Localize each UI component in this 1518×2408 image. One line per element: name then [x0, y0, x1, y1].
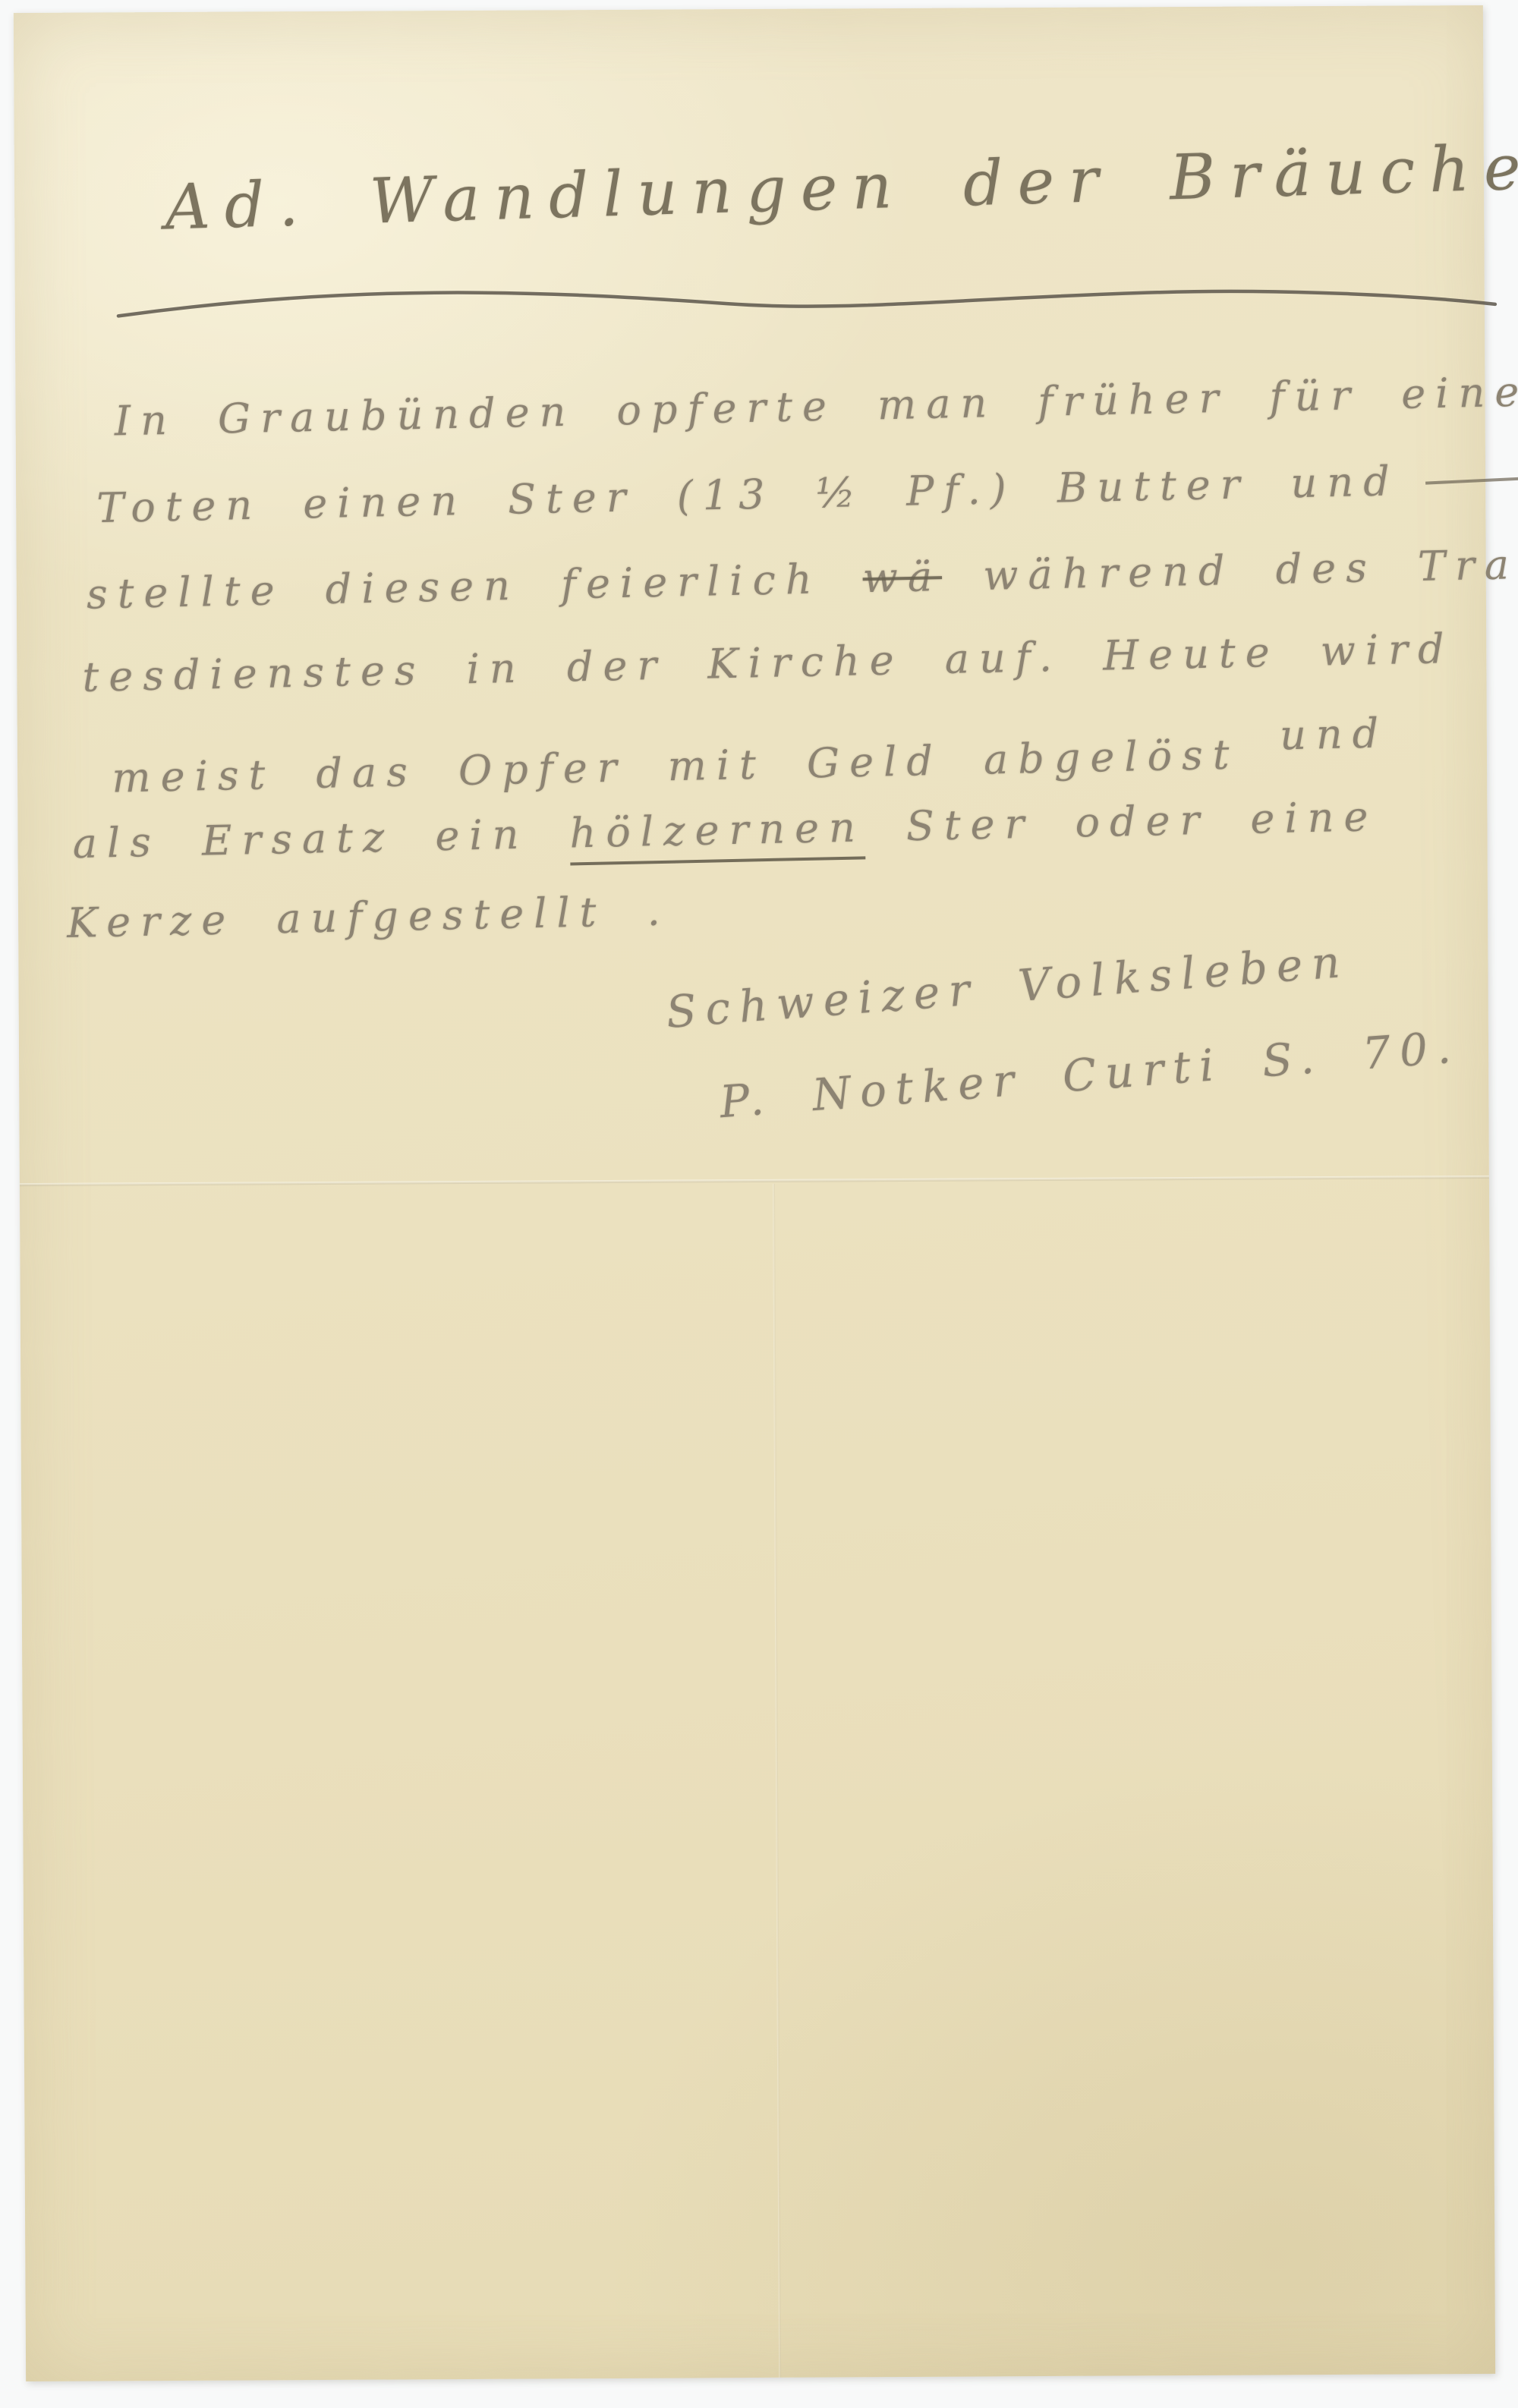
document-title: Ad. Wandlungen der Bräuche.: [164, 131, 1518, 244]
handwritten-line-7: Kerze aufgestellt .: [67, 886, 671, 947]
line-6-text-pre: als Ersatz ein: [72, 809, 570, 867]
line-3-text-post: während des Trauergot-: [941, 536, 1518, 600]
handwritten-line-5: meist das Opfer mit Geld abgelöst und: [111, 709, 1389, 801]
trailing-pencil-stroke: [1425, 473, 1518, 484]
line-5-text: meist das Opfer mit Geld abgelöst: [112, 729, 1280, 801]
handwritten-line-3: stellte diesen feierlich wä während des …: [86, 536, 1518, 619]
handwritten-line-6: als Ersatz ein hölzernen Ster oder eine: [72, 792, 1378, 867]
handwritten-line-2: Toten einen Ster (13 ½ Pf.) Butter und: [96, 452, 1518, 532]
raised-word: und: [1279, 709, 1388, 759]
line-3-text-pre: stellte diesen feierlich: [86, 554, 863, 618]
horizontal-fold-crease: [20, 1176, 1489, 1186]
scan-background: Ad. Wandlungen der Bräuche. In Graubünde…: [0, 0, 1518, 2408]
crossed-out-word: wä: [862, 552, 943, 602]
attribution-source: Schweizer Volksleben: [664, 936, 1350, 1038]
handwritten-line-1: In Graubünden opferte man früher für ein…: [114, 367, 1518, 445]
attribution-author-page: P. Notker Curti S. 70.: [718, 1021, 1462, 1128]
vertical-fold-crease: [773, 1184, 781, 2378]
handwritten-line-4: tesdienstes in der Kirche auf. Heute wir…: [82, 625, 1454, 701]
line-6-text-post: Ster oder eine: [865, 792, 1378, 851]
line-2-text: Toten einen Ster (13 ½ Pf.) Butter und: [96, 457, 1400, 532]
paper-sheet: Ad. Wandlungen der Bräuche. In Graubünde…: [14, 5, 1495, 2381]
underlined-word: hölzernen: [569, 803, 866, 865]
title-underline-stroke: [105, 262, 1509, 338]
